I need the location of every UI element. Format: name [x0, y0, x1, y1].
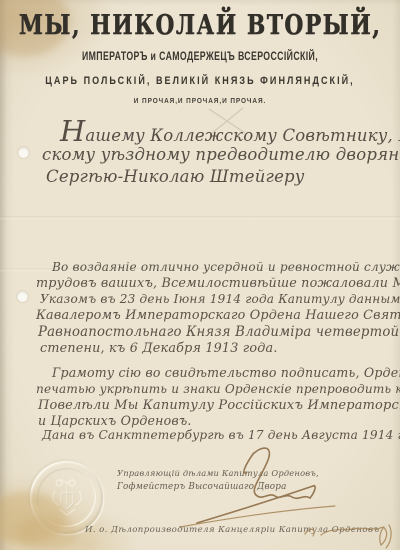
letters-patent-document: МЫ, НИКОЛАЙ ВТОРЫЙ, ИМПЕРАТОРЪ и САМОДЕР…: [0, 0, 400, 550]
body-line: Указомъ въ 23 день Іюня 1914 года Капиту…: [40, 292, 400, 306]
emperor-autocrat-line: ИМПЕРАТОРЪ и САМОДЕРЖЕЦЪ ВСЕРОССІЙСКІЙ,: [82, 51, 318, 63]
tsar-grand-duke-line: ЦАРЬ ПОЛЬСКІЙ, ВЕЛИКІЙ КНЯЗЬ ФИНЛЯНДСКІЙ…: [45, 75, 354, 87]
body-line: Во воздаяніе отлично усердной и ревностн…: [52, 260, 400, 274]
punch-hole-top: [18, 147, 29, 158]
issue-dateline: Дана въ Санктпетербургѣ въ 17 день Авгус…: [42, 428, 400, 442]
body-line: печатью укрѣпить и знаки Орденскіе препр…: [36, 382, 400, 396]
punch-hole-bottom: [17, 291, 28, 302]
body-line: Повелѣли Мы Капитулу Россійскихъ Императ…: [38, 398, 400, 413]
body-line: степени, къ 6 Декабря 1913 года.: [40, 341, 278, 356]
fold-crease-upper: [0, 216, 400, 220]
double-headed-eagle-icon: [47, 475, 87, 521]
addressee-line-2: скому уѣздному предводителю дворянства, …: [42, 145, 400, 164]
body-line: трудовъ вашихъ, Всемилостивѣйше пожалова…: [36, 276, 400, 291]
imperial-title: МЫ, НИКОЛАЙ ВТОРЫЙ,: [19, 10, 381, 41]
embossed-chapter-seal: [30, 461, 103, 534]
body-line: Равноапостольнаго Князя Владиміра четвер…: [38, 324, 399, 340]
chapter-manager-title-line: Управляющій дѣлами Капитула Орденовъ,: [117, 468, 319, 478]
body-line: и Царскихъ Орденовъ.: [38, 414, 192, 429]
body-line: Кавалеромъ Императорскаго Ордена Нашего …: [36, 308, 400, 323]
addressee-line-3: Сергѣю-Николаю Штейгеру: [46, 167, 305, 186]
body-line: Грамоту сію во свидѣтельство подписать, …: [52, 366, 400, 381]
et-cetera-line: И ПРОЧАЯ,И ПРОЧАЯ,И ПРОЧАЯ.: [134, 98, 266, 105]
addressee-line-1: Нашему Коллежскому Совѣтнику, Канев-: [60, 120, 400, 145]
hofmeister-title-line: Гофмейстеръ Высочайшаго Двора: [117, 482, 287, 492]
clerk-title-line: И. о. Дѣлопроизводителя Канцеляріи Капит…: [85, 525, 379, 535]
